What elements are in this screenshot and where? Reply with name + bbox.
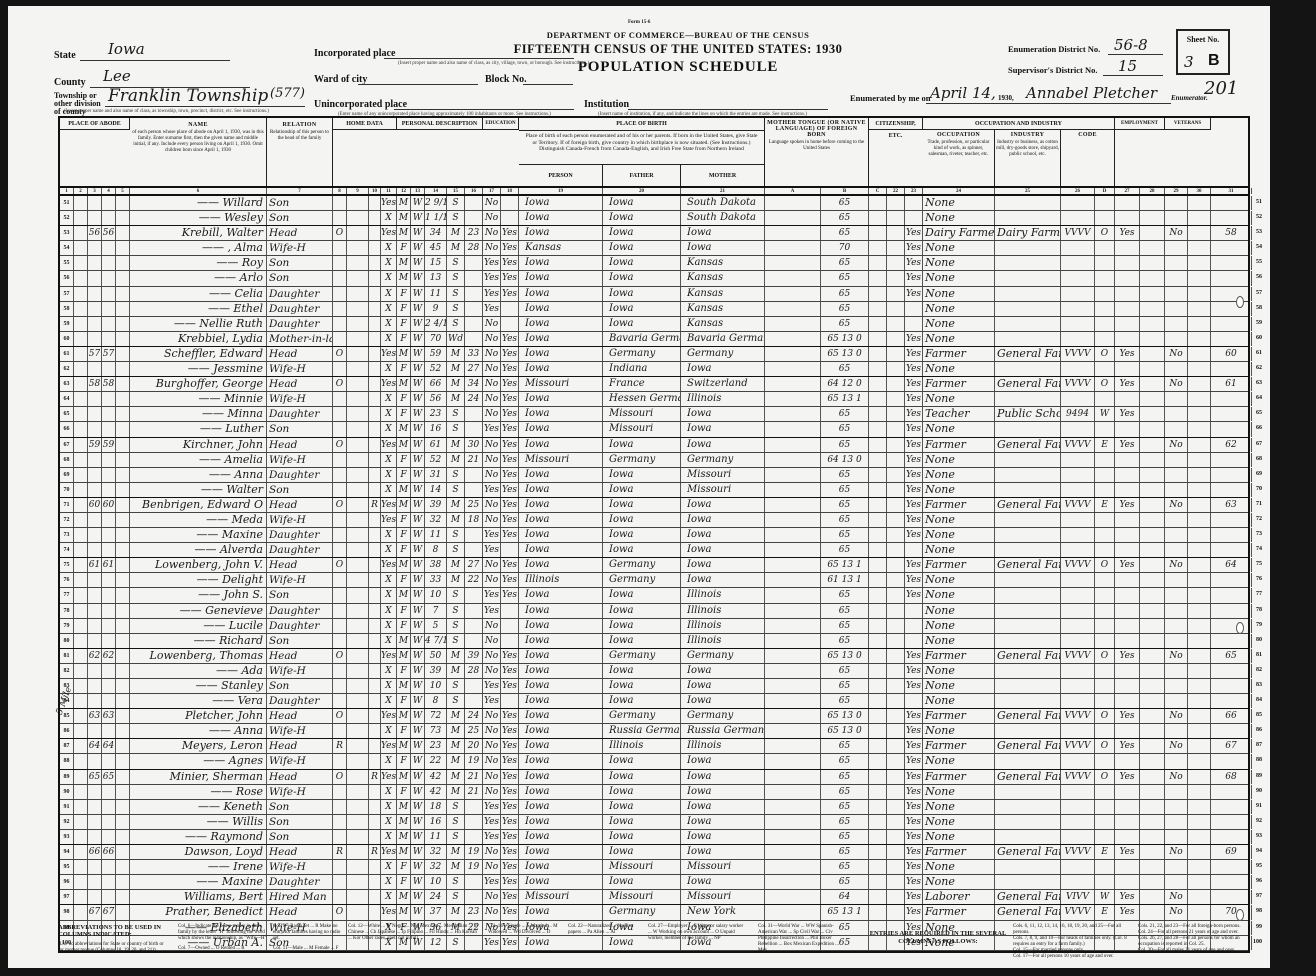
cell-class: E <box>1095 498 1115 512</box>
cell-war <box>1188 543 1211 557</box>
cell-code: 65 <box>821 664 869 678</box>
cell-industry <box>995 830 1061 844</box>
cell-lang <box>765 830 821 844</box>
cell-farm: X <box>381 724 397 738</box>
table-row: 55—— RoySonXMW15SYesYesIowaIowaKansas65Y… <box>60 256 1248 271</box>
cell-age_marr <box>465 256 483 270</box>
cell-f4 <box>116 860 130 874</box>
cell-tenure <box>333 619 347 633</box>
cell-citizen: Yes <box>905 256 923 270</box>
cell-read: Yes <box>501 362 519 376</box>
cell-tenure: O <box>333 438 347 452</box>
line-number-right: 77 <box>1256 591 1262 597</box>
cell-f4 <box>116 362 130 376</box>
cell-war <box>1188 664 1211 678</box>
cell-farm: X <box>381 573 397 587</box>
cell-industry: Public School <box>995 407 1061 421</box>
cell-home <box>347 724 369 738</box>
cell-father: Iowa <box>603 845 681 859</box>
cell-family: 64 <box>102 739 116 753</box>
cell-line: 87 <box>60 739 74 753</box>
cell-tenure <box>333 332 347 346</box>
cell-name: —— Rose <box>130 785 267 799</box>
cell-occ_code <box>1061 830 1095 844</box>
cell-race: W <box>411 196 425 210</box>
cell-vet <box>1165 271 1188 285</box>
cell-tenure <box>333 453 347 467</box>
cell-vet: No <box>1165 890 1188 904</box>
table-row: 96—— MaxineDaughterXFW10SYesYesIowaIowaI… <box>60 875 1248 890</box>
cell-tenure <box>333 256 347 270</box>
cell-mother: Iowa <box>681 241 765 255</box>
cell-home <box>347 664 369 678</box>
cell-race: W <box>411 785 425 799</box>
cell-industry <box>995 634 1061 648</box>
cell-school: No <box>483 513 501 527</box>
cell-family: 58 <box>102 377 116 391</box>
cell-radio <box>369 332 381 346</box>
cell-c23 <box>887 317 905 331</box>
cell-age_marr: 18 <box>465 513 483 527</box>
cell-father: Iowa <box>603 226 681 240</box>
cell-c22 <box>869 649 887 663</box>
cell-family: 66 <box>102 845 116 859</box>
enumerator-label: Enumerator. <box>1171 94 1208 102</box>
cell-occupation: None <box>923 256 995 270</box>
cell-marital: M <box>447 241 465 255</box>
cell-marital: S <box>447 422 465 436</box>
cell-occupation: None <box>923 694 995 708</box>
cell-c22 <box>869 513 887 527</box>
cell-c23 <box>887 679 905 693</box>
cell-mother: Missouri <box>681 860 765 874</box>
cell-farm_sched <box>1211 604 1252 618</box>
cell-birth: Iowa <box>519 664 603 678</box>
cell-c23 <box>887 302 905 316</box>
cell-lang <box>765 754 821 768</box>
cell-street <box>74 860 88 874</box>
cell-unemp <box>1140 453 1165 467</box>
cell-war <box>1188 317 1211 331</box>
header-tongue: MOTHER TONGUE (OR NATIVE LANGUAGE) OF FO… <box>765 118 869 188</box>
cell-occ_code: VVVV <box>1061 649 1095 663</box>
cell-age_marr: 34 <box>465 377 483 391</box>
cell-birth: Iowa <box>519 830 603 844</box>
cell-line: 76 <box>60 573 74 587</box>
cell-sex: M <box>397 679 411 693</box>
cell-occupation: None <box>923 483 995 497</box>
cell-lang <box>765 256 821 270</box>
cell-lang <box>765 422 821 436</box>
cell-age: 38 <box>425 558 447 572</box>
cell-age_marr <box>465 543 483 557</box>
cell-radio <box>369 634 381 648</box>
punch-hole <box>1236 909 1244 921</box>
cell-work <box>1115 800 1140 814</box>
cell-street <box>74 196 88 210</box>
cell-lang <box>765 905 821 919</box>
cell-vet <box>1165 196 1188 210</box>
cell-occ_code <box>1061 664 1095 678</box>
cell-farm_sched <box>1211 287 1252 301</box>
cell-family <box>102 513 116 527</box>
cell-tenure <box>333 528 347 542</box>
cell-sex: M <box>397 845 411 859</box>
cell-father: Iowa <box>603 543 681 557</box>
census-title: FIFTEENTH CENSUS OF THE UNITED STATES: 1… <box>508 42 848 57</box>
cell-farm: X <box>381 815 397 829</box>
cell-farm: X <box>381 800 397 814</box>
cell-farm: Yes <box>381 498 397 512</box>
cell-mother: Iowa <box>681 407 765 421</box>
cell-race: W <box>411 422 425 436</box>
cell-farm: X <box>381 890 397 904</box>
cell-vet <box>1165 453 1188 467</box>
cell-line: 93 <box>60 830 74 844</box>
cell-race: W <box>411 211 425 225</box>
cell-dwelling <box>88 619 102 633</box>
cell-class <box>1095 543 1115 557</box>
cell-vet <box>1165 588 1188 602</box>
cell-relation: Son <box>267 588 333 602</box>
cell-school: No <box>483 634 501 648</box>
cell-war <box>1188 860 1211 874</box>
cell-street <box>74 317 88 331</box>
cell-marital: M <box>447 347 465 361</box>
cell-father: Germany <box>603 453 681 467</box>
cell-family <box>102 875 116 889</box>
cell-citizen: Yes <box>905 422 923 436</box>
column-number: 14 <box>425 188 447 194</box>
cell-code: 65 <box>821 815 869 829</box>
cell-vet <box>1165 694 1188 708</box>
cell-race: W <box>411 377 425 391</box>
cell-street <box>74 498 88 512</box>
cell-father: Iowa <box>603 468 681 482</box>
abbr-col22: Col. 22—Naturalized ... Na First papers … <box>568 924 638 936</box>
cell-farm: Yes <box>381 905 397 919</box>
cell-school: No <box>483 438 501 452</box>
cell-radio <box>369 694 381 708</box>
population-table: PLACE OF ABODE NAMEof each person whose … <box>58 116 1250 953</box>
cell-radio <box>369 739 381 753</box>
cell-read: Yes <box>501 890 519 904</box>
cell-c22 <box>869 347 887 361</box>
cell-birth: Iowa <box>519 392 603 406</box>
column-number: 5 <box>116 188 130 194</box>
cell-c22 <box>869 664 887 678</box>
cell-marital: S <box>447 407 465 421</box>
cell-family <box>102 785 116 799</box>
cell-lang <box>765 770 821 784</box>
cell-age_marr <box>465 287 483 301</box>
cell-marital: M <box>447 498 465 512</box>
cell-industry <box>995 362 1061 376</box>
cell-radio <box>369 830 381 844</box>
supervisor-label: Supervisor's District No. <box>1008 65 1097 75</box>
cell-tenure: O <box>333 498 347 512</box>
abbr-title: ABBREVIATIONS TO BE USED IN COLUMNS INDI… <box>58 924 168 938</box>
table-header: PLACE OF ABODE NAMEof each person whose … <box>60 118 1248 188</box>
cell-lang <box>765 332 821 346</box>
cell-war <box>1188 694 1211 708</box>
cell-lang <box>765 875 821 889</box>
cell-occupation: None <box>923 453 995 467</box>
cell-farm_sched <box>1211 875 1252 889</box>
cell-home <box>347 362 369 376</box>
cell-farm: Yes <box>381 649 397 663</box>
cell-read: Yes <box>501 407 519 421</box>
header-code: CODE <box>1061 130 1115 188</box>
cell-age: 11 <box>425 287 447 301</box>
cell-birth: Iowa <box>519 498 603 512</box>
cell-c22 <box>869 634 887 648</box>
cell-marital: M <box>447 558 465 572</box>
cell-dwelling <box>88 860 102 874</box>
cell-vet <box>1165 679 1188 693</box>
census-sheet: Form 15-6 DEPARTMENT OF COMMERCE—BUREAU … <box>8 6 1270 968</box>
cell-class: O <box>1095 709 1115 723</box>
cell-work <box>1115 392 1140 406</box>
cell-school: No <box>483 770 501 784</box>
cell-family <box>102 724 116 738</box>
line-number-right: 64 <box>1256 395 1262 401</box>
cell-c22 <box>869 317 887 331</box>
cell-tenure: O <box>333 770 347 784</box>
line-number-right: 97 <box>1256 893 1262 899</box>
cell-c22 <box>869 679 887 693</box>
cell-f4 <box>116 513 130 527</box>
cell-home <box>347 785 369 799</box>
abbr-col7: Col. 7—Owned ... O Rented ... R <box>178 946 268 952</box>
state-label: State <box>54 50 76 61</box>
cell-race: W <box>411 905 425 919</box>
cell-sex: M <box>397 558 411 572</box>
cell-c23 <box>887 332 905 346</box>
cell-marital: M <box>447 724 465 738</box>
cell-sex: M <box>397 770 411 784</box>
cell-sex: F <box>397 573 411 587</box>
cell-mother: Switzerland <box>681 377 765 391</box>
cell-age: 37 <box>425 905 447 919</box>
table-row: 816262Lowenberg, ThomasHeadOYesMW50M39No… <box>60 649 1248 664</box>
cell-work: Yes <box>1115 347 1140 361</box>
cell-code: 65 <box>821 785 869 799</box>
cell-read: Yes <box>501 830 519 844</box>
cell-mother: Iowa <box>681 438 765 452</box>
cell-marital: S <box>447 588 465 602</box>
cell-line: 57 <box>60 287 74 301</box>
cell-war <box>1188 679 1211 693</box>
group-birth: PLACE OF BIRTH Place of birth of each pe… <box>519 118 765 188</box>
cell-age: 16 <box>425 422 447 436</box>
cell-dwelling <box>88 573 102 587</box>
cell-occ_code <box>1061 483 1095 497</box>
cell-name: —— Irene <box>130 860 267 874</box>
cell-street <box>74 332 88 346</box>
cell-radio: R <box>369 845 381 859</box>
cell-school: No <box>483 905 501 919</box>
cell-occ_code <box>1061 815 1095 829</box>
cell-family <box>102 256 116 270</box>
cell-class <box>1095 664 1115 678</box>
cell-sex: M <box>397 422 411 436</box>
cell-relation: Daughter <box>267 287 333 301</box>
cell-code: 65 <box>821 317 869 331</box>
cell-read: Yes <box>501 800 519 814</box>
cell-c23 <box>887 860 905 874</box>
cell-war <box>1188 845 1211 859</box>
cell-mother: Missouri <box>681 468 765 482</box>
cell-father: Iowa <box>603 256 681 270</box>
cell-f4 <box>116 453 130 467</box>
cell-vet <box>1165 362 1188 376</box>
table-row: 896565Minier, ShermanHeadORYesMW42M21NoY… <box>60 770 1248 785</box>
cell-line: 89 <box>60 770 74 784</box>
cell-birth: Iowa <box>519 694 603 708</box>
cell-industry <box>995 513 1061 527</box>
cell-unemp <box>1140 754 1165 768</box>
cell-occ_code <box>1061 422 1095 436</box>
cell-industry <box>995 754 1061 768</box>
cell-relation: Wife-H <box>267 513 333 527</box>
cell-work <box>1115 302 1140 316</box>
table-row: 635858Burghoffer, GeorgeHeadOYesMW66M34N… <box>60 377 1248 392</box>
cell-relation: Son <box>267 679 333 693</box>
table-row: 986767Prather, BenedictHeadOYesMW37M23No… <box>60 905 1248 920</box>
cell-father: Missouri <box>603 407 681 421</box>
cell-school: No <box>483 785 501 799</box>
cell-lang <box>765 347 821 361</box>
table-row: 93—— RaymondSonXMW11SYesYesIowaIowaIowa6… <box>60 830 1248 845</box>
cell-line: 91 <box>60 800 74 814</box>
table-row: 83—— StanleySonXMW10SYesYesIowaIowaIowa6… <box>60 679 1248 694</box>
cell-race: W <box>411 875 425 889</box>
cell-line: 54 <box>60 241 74 255</box>
cell-family <box>102 528 116 542</box>
cell-dwelling <box>88 317 102 331</box>
table-row: 76—— DelightWife-HXFW33M22NoYesIllinoisG… <box>60 573 1248 588</box>
cell-class <box>1095 468 1115 482</box>
cell-citizen <box>905 634 923 648</box>
cell-line: 53 <box>60 226 74 240</box>
table-row: 716060Benbrigen, Edward OHeadORYesMW39M2… <box>60 498 1248 513</box>
cell-farm_sched: 62 <box>1211 438 1252 452</box>
cell-home <box>347 905 369 919</box>
cell-race: W <box>411 256 425 270</box>
cell-name: —— Anna <box>130 468 267 482</box>
cell-class <box>1095 800 1115 814</box>
cell-class <box>1095 573 1115 587</box>
cell-age: 45 <box>425 241 447 255</box>
cell-occupation: None <box>923 332 995 346</box>
cell-c22 <box>869 211 887 225</box>
cell-war <box>1188 619 1211 633</box>
cell-birth: Iowa <box>519 785 603 799</box>
cell-f4 <box>116 302 130 316</box>
cell-race: W <box>411 890 425 904</box>
cell-race: W <box>411 860 425 874</box>
cell-lang <box>765 377 821 391</box>
cell-street <box>74 211 88 225</box>
cell-birth: Iowa <box>519 347 603 361</box>
cell-relation: Wife-H <box>267 860 333 874</box>
abbreviations-footer: ABBREVIATIONS TO BE USED IN COLUMNS INDI… <box>58 924 1258 964</box>
cell-dwelling: 67 <box>88 905 102 919</box>
cell-dwelling <box>88 830 102 844</box>
cell-radio <box>369 513 381 527</box>
block-label: Block No. <box>485 74 527 85</box>
cell-code: 64 12 0 <box>821 377 869 391</box>
cell-farm: Yes <box>381 377 397 391</box>
cell-street <box>74 845 88 859</box>
cell-age_marr: 21 <box>465 785 483 799</box>
cell-citizen: Yes <box>905 739 923 753</box>
cell-age: 52 <box>425 362 447 376</box>
cell-line: 96 <box>60 875 74 889</box>
cell-c23 <box>887 196 905 210</box>
line-number-right: 60 <box>1256 335 1262 341</box>
cell-tenure: O <box>333 558 347 572</box>
cell-age: 15 <box>425 256 447 270</box>
cell-father: Iowa <box>603 528 681 542</box>
cell-age_marr: 33 <box>465 347 483 361</box>
cell-class <box>1095 256 1115 270</box>
table-row: 92—— WillisSonXMW16SYesYesIowaIowaIowa65… <box>60 815 1248 830</box>
cell-home <box>347 302 369 316</box>
cell-work <box>1115 785 1140 799</box>
cell-mother: Iowa <box>681 573 765 587</box>
cell-read: Yes <box>501 498 519 512</box>
line-number-right: 96 <box>1256 878 1262 884</box>
cell-read: Yes <box>501 664 519 678</box>
cell-family <box>102 619 116 633</box>
cell-radio <box>369 785 381 799</box>
cell-work <box>1115 604 1140 618</box>
cell-industry <box>995 588 1061 602</box>
cell-unemp <box>1140 815 1165 829</box>
cell-family: 56 <box>102 226 116 240</box>
cell-home <box>347 619 369 633</box>
cell-family: 59 <box>102 438 116 452</box>
cell-father: Germany <box>603 558 681 572</box>
cell-work <box>1115 422 1140 436</box>
cell-age: 39 <box>425 498 447 512</box>
cell-unemp <box>1140 558 1165 572</box>
cell-dwelling <box>88 543 102 557</box>
cell-war <box>1188 377 1211 391</box>
cell-school: No <box>483 709 501 723</box>
group-citizenship: CITIZENSHIP, ETC. <box>869 118 923 130</box>
cell-home <box>347 543 369 557</box>
table-row: 91—— KenethSonXMW18SYesYesIowaIowaIowa65… <box>60 800 1248 815</box>
line-number-right: 89 <box>1256 773 1262 779</box>
cell-marital: S <box>447 302 465 316</box>
cell-war <box>1188 347 1211 361</box>
cell-birth: Iowa <box>519 679 603 693</box>
cell-f4 <box>116 679 130 693</box>
cell-school: No <box>483 619 501 633</box>
cell-class <box>1095 588 1115 602</box>
cell-work <box>1115 830 1140 844</box>
cell-age_marr: 19 <box>465 845 483 859</box>
cell-dwelling <box>88 392 102 406</box>
cell-read: Yes <box>501 438 519 452</box>
cell-line: 61 <box>60 347 74 361</box>
line-number-right: 55 <box>1256 259 1262 265</box>
cell-race: W <box>411 362 425 376</box>
cell-name: —— Minna <box>130 407 267 421</box>
